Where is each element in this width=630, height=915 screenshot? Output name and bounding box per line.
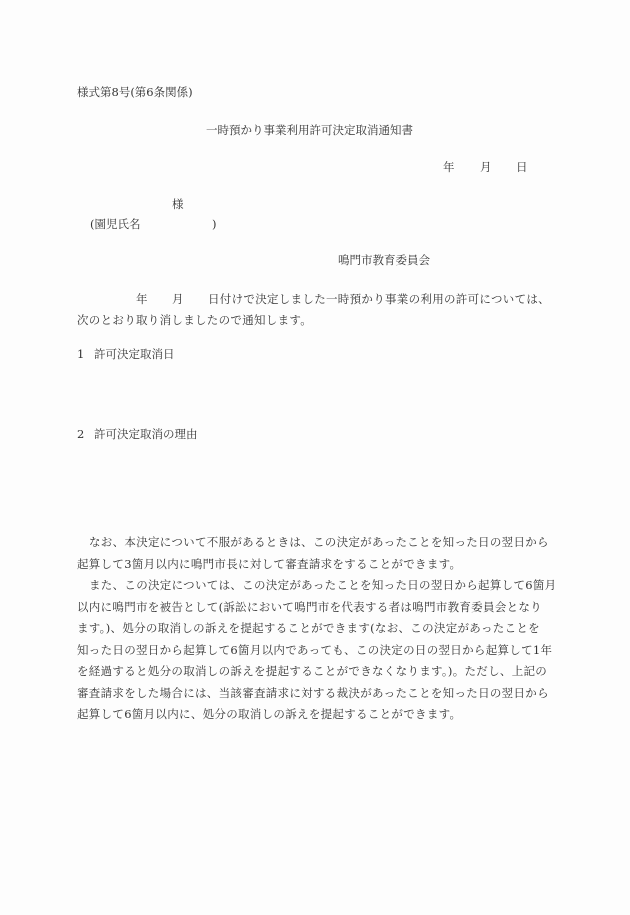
date-month-label: 月 (480, 160, 492, 174)
notice-2-line-2: 以内に鳴門市を被告として(訴訟において鳴門市を代表する者は鳴門市教育委員会となり (77, 597, 557, 619)
notice-2-line-6: 審査請求をした場合には、当該審査請求に対する裁決があったことを知った日の翌日から (77, 683, 557, 705)
issuer: 鳴門市教育委員会 (338, 253, 430, 267)
child-name-label: (園児氏名 (90, 217, 141, 231)
section-2-label: 許可決定取消の理由 (94, 427, 198, 441)
notice-1-line-1: なお、本決定について不服があるときは、この決定があったことを知った日の翌日から (77, 532, 557, 554)
section-1-label: 許可決定取消日 (94, 347, 175, 361)
notice-1-line-2: 起算して3箇月以内に鳴門市長に対して審査請求をすることができます。 (77, 554, 557, 576)
form-number: 様式第8号(第6条関係) (77, 85, 193, 99)
section-1-number: 1 (77, 347, 84, 361)
intro-line2: 次のとおり取り消しましたので通知します。 (77, 313, 312, 327)
intro-month-label: 月 (172, 292, 184, 306)
intro-year-label: 年 (136, 292, 148, 306)
notice-2-line-7: 起算して6箇月以内に、処分の取消しの訴えを提起することができます。 (77, 704, 557, 726)
notice-2-line-5: を経過すると処分の取消しの訴えを提起することができなくなります。)。ただし、上記… (77, 661, 557, 683)
recipient-honorific: 様 (172, 197, 184, 211)
notice-2-line-3: ます。)、処分の取消しの訴えを提起することができます(なお、この決定があったこと… (77, 618, 557, 640)
notice-paragraph-1: なお、本決定について不服があるときは、この決定があったことを知った日の翌日から … (77, 532, 557, 575)
document-title: 一時預かり事業利用許可決定取消通知書 (206, 123, 413, 137)
section-2-number: 2 (77, 427, 84, 441)
date-day-label: 日 (516, 160, 528, 174)
notice-2-line-4: 知った日の翌日から起算して6箇月以内であっても、この決定の日の翌日から起算して1… (77, 640, 557, 662)
intro-line1: 日付けで決定しました一時預かり事業の利用の許可については、 (208, 292, 550, 306)
date-year-label: 年 (443, 160, 455, 174)
notice-paragraph-2: また、この決定については、この決定があったことを知った日の翌日から起算して6箇月… (77, 575, 557, 726)
child-name-close-paren: ) (212, 217, 217, 231)
notice-2-line-1: また、この決定については、この決定があったことを知った日の翌日から起算して6箇月 (77, 575, 557, 597)
